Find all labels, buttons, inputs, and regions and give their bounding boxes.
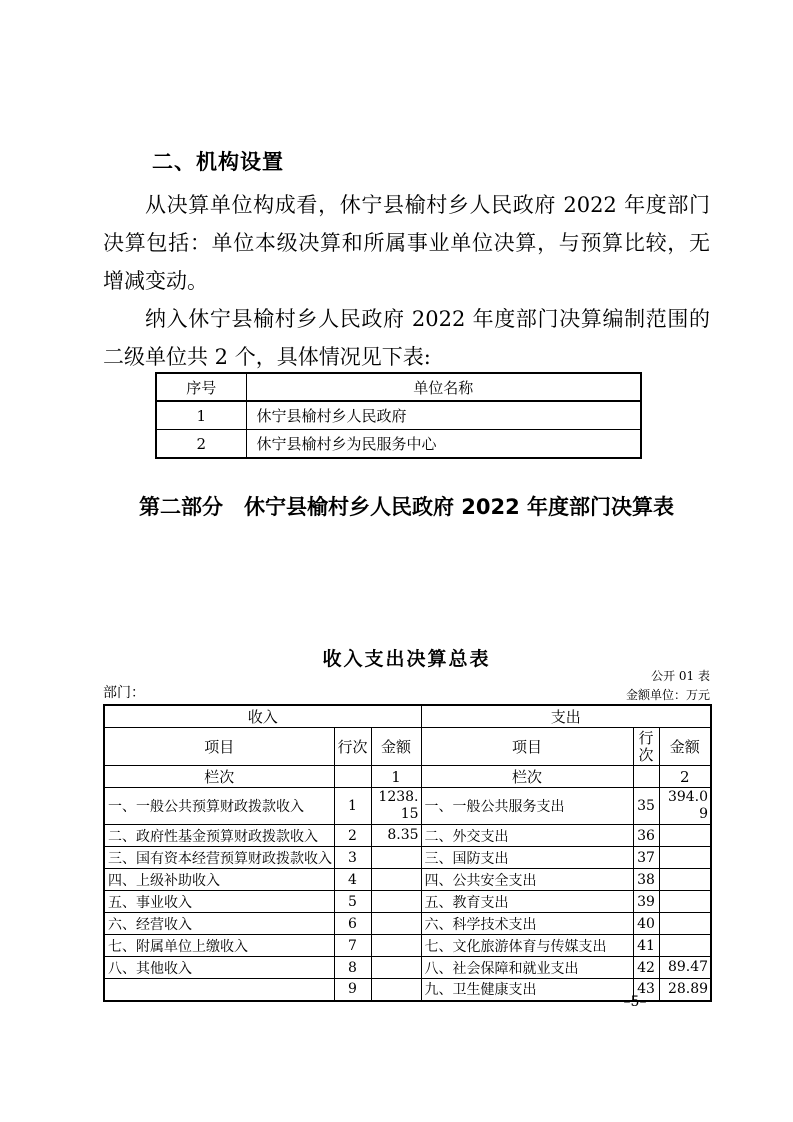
income-item-cell: 三、国有资本经营预算财政拨款收入 [104,847,334,869]
income-amount-cell [371,935,421,957]
expense-item-cell: 二、外交支出 [421,825,633,847]
paragraph-2: 纳入休宁县榆村乡人民政府 2022 年度部门决算编制范围的二级单位共 2 个，具… [103,300,710,376]
expense-amount-cell: 89.47 [659,957,711,979]
expense-item-cell: 八、社会保障和就业支出 [421,957,633,979]
section-heading: 二、机构设置 [152,146,284,176]
expense-item-cell: 七、文化旅游体育与传媒支出 [421,935,633,957]
income-amount-cell [371,957,421,979]
expense-rowno-header: 行次 [633,728,659,766]
income-item-cell: 八、其他收入 [104,957,334,979]
income-rowno-cell: 5 [334,891,371,913]
income-amount-cell: 1238.15 [371,788,421,825]
income-rowno-cell: 4 [334,869,371,891]
column-index-row: 栏次 1 栏次 2 [104,766,711,788]
expense-amount-cell [659,891,711,913]
table-code-label: 公开 01 表 [103,667,710,684]
amount-unit-note: 金额单位：万元 [103,686,710,703]
income-item-cell: 四、上级补助收入 [104,869,334,891]
expense-rowno-cell: 41 [633,935,659,957]
table-row: 五、事业收入 5 五、教育支出 39 [104,891,711,913]
income-rowno-cell: 7 [334,935,371,957]
income-item-cell: 一、一般公共预算财政拨款收入 [104,788,334,825]
income-amount-cell: 8.35 [371,825,421,847]
expense-amount-cell [659,935,711,957]
income-rowno-cell: 3 [334,847,371,869]
expense-item-cell: 五、教育支出 [421,891,633,913]
income-item-cell: 二、政府性基金预算财政拨款收入 [104,825,334,847]
expense-item-cell: 三、国防支出 [421,847,633,869]
subordinate-units-table: 序号 单位名称 1 休宁县榆村乡人民政府 2 休宁县榆村乡为民服务中心 [155,372,642,459]
income-item-cell [104,979,334,1001]
expense-amount-cell [659,825,711,847]
empty-cell [633,766,659,788]
table-row: 1 休宁县榆村乡人民政府 [156,401,641,430]
unit-name: 休宁县榆村乡人民政府 [246,401,641,430]
unit-no: 1 [156,401,246,430]
income-amount-cell [371,869,421,891]
income-item-cell: 六、经营收入 [104,913,334,935]
table-row: 八、其他收入 8 八、社会保障和就业支出 42 89.47 [104,957,711,979]
units-col-no-header: 序号 [156,373,246,401]
table-row: 六、经营收入 6 六、科学技术支出 40 [104,913,711,935]
expense-amount-cell [659,869,711,891]
income-col-index: 1 [371,766,421,788]
page-number: –5– [600,994,670,1010]
empty-cell [334,766,371,788]
income-amount-header: 金额 [371,728,421,766]
expense-item-header: 项目 [421,728,633,766]
income-amount-cell [371,913,421,935]
units-col-name-header: 单位名称 [246,373,641,401]
income-lanci-label: 栏次 [104,766,334,788]
expense-item-cell: 一、一般公共服务支出 [421,788,633,825]
unit-no: 2 [156,430,246,459]
expense-amount-header: 金额 [659,728,711,766]
part-two-title: 第二部分 休宁县榆村乡人民政府 2022 年度部门决算表 [103,491,710,521]
table-row: 三、国有资本经营预算财政拨款收入 3 三、国防支出 37 [104,847,711,869]
table-row: 一、一般公共预算财政拨款收入 1 1238.15 一、一般公共服务支出 35 3… [104,788,711,825]
expense-rowno-cell: 35 [633,788,659,825]
table-row: 2 休宁县榆村乡为民服务中心 [156,430,641,459]
table-row: 二、政府性基金预算财政拨款收入 2 8.35 二、外交支出 36 [104,825,711,847]
document-page: 二、机构设置 从决算单位构成看，休宁县榆村乡人民政府 2022 年度部门决算包括… [0,0,793,1122]
table-row: 四、上级补助收入 4 四、公共安全支出 38 [104,869,711,891]
income-amount-cell [371,891,421,913]
expense-amount-cell: 394.09 [659,788,711,825]
income-rowno-header: 行次 [334,728,371,766]
income-amount-cell [371,847,421,869]
income-item-header: 项目 [104,728,334,766]
body-text: 从决算单位构成看，休宁县榆村乡人民政府 2022 年度部门决算包括：单位本级决算… [103,186,710,376]
expense-rowno-cell: 36 [633,825,659,847]
expense-item-cell: 四、公共安全支出 [421,869,633,891]
expense-rowno-cell: 39 [633,891,659,913]
table-row: 七、附属单位上缴收入 7 七、文化旅游体育与传媒支出 41 [104,935,711,957]
income-amount-cell [371,979,421,1001]
income-section-header: 收入 [104,705,421,728]
paragraph-1: 从决算单位构成看，休宁县榆村乡人民政府 2022 年度部门决算包括：单位本级决算… [103,186,710,300]
unit-name: 休宁县榆村乡为民服务中心 [246,430,641,459]
expense-lanci-label: 栏次 [421,766,633,788]
expense-rowno-cell: 40 [633,913,659,935]
income-expense-summary-table: 收入 支出 项目 行次 金额 项目 行次 金额 栏次 1 栏次 2 一、一般公共… [103,704,712,1002]
expense-item-cell: 六、科学技术支出 [421,913,633,935]
income-item-cell: 七、附属单位上缴收入 [104,935,334,957]
table-column-header-row: 项目 行次 金额 项目 行次 金额 [104,728,711,766]
income-rowno-cell: 6 [334,913,371,935]
expense-section-header: 支出 [421,705,711,728]
expense-col-index: 2 [659,766,711,788]
expense-rowno-cell: 37 [633,847,659,869]
expense-rowno-cell: 42 [633,957,659,979]
expense-amount-cell [659,847,711,869]
income-rowno-cell: 2 [334,825,371,847]
table-section-header-row: 收入 支出 [104,705,711,728]
income-item-cell: 五、事业收入 [104,891,334,913]
income-rowno-cell: 8 [334,957,371,979]
expense-amount-cell [659,913,711,935]
income-rowno-cell: 9 [334,979,371,1001]
units-table-header-row: 序号 单位名称 [156,373,641,401]
expense-rowno-cell: 38 [633,869,659,891]
income-rowno-cell: 1 [334,788,371,825]
